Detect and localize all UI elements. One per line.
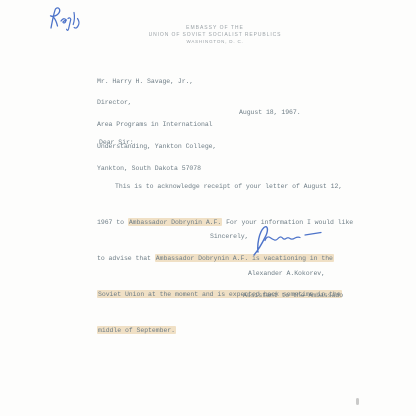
letterhead-line3: WASHINGTON, D. C.: [115, 39, 315, 46]
body-line: middle of September.: [97, 325, 365, 337]
highlighted-text: middle of September.: [97, 326, 176, 334]
letterhead-line1: EMBASSY OF THE: [115, 25, 315, 32]
body-line: This is to acknowledge receipt of your l…: [97, 181, 365, 193]
handwritten-signature: [245, 221, 327, 259]
scanned-letter-page: EMBASSY OF THE UNION OF SOVIET SOCIALIST…: [0, 0, 416, 416]
closing: Sincerely,: [210, 233, 249, 241]
handwritten-reply-note: [44, 5, 84, 35]
recipient-line: Director,: [97, 99, 216, 106]
signer-block: Alexander A.Kokorev, Assistant to the Am…: [243, 255, 343, 314]
scan-smudge: [356, 398, 359, 405]
recipient-line: Area Programs in International: [97, 121, 216, 128]
signer-title: Assistant to the Ambassado: [243, 292, 343, 299]
letter-date: August 18, 1967.: [239, 109, 301, 117]
letterhead-line2: UNION OF SOVIET SOCIALIST REPUBLICS: [115, 32, 315, 39]
salutation: Dear Sir:: [99, 139, 134, 147]
signer-name: Alexander A.Kokorev,: [243, 270, 343, 277]
recipient-line: Mr. Harry H. Savage, Jr.,: [97, 78, 216, 85]
highlighted-text: Ambassador Dobrynin A.F.: [128, 218, 222, 226]
letterhead: EMBASSY OF THE UNION OF SOVIET SOCIALIST…: [115, 25, 315, 46]
